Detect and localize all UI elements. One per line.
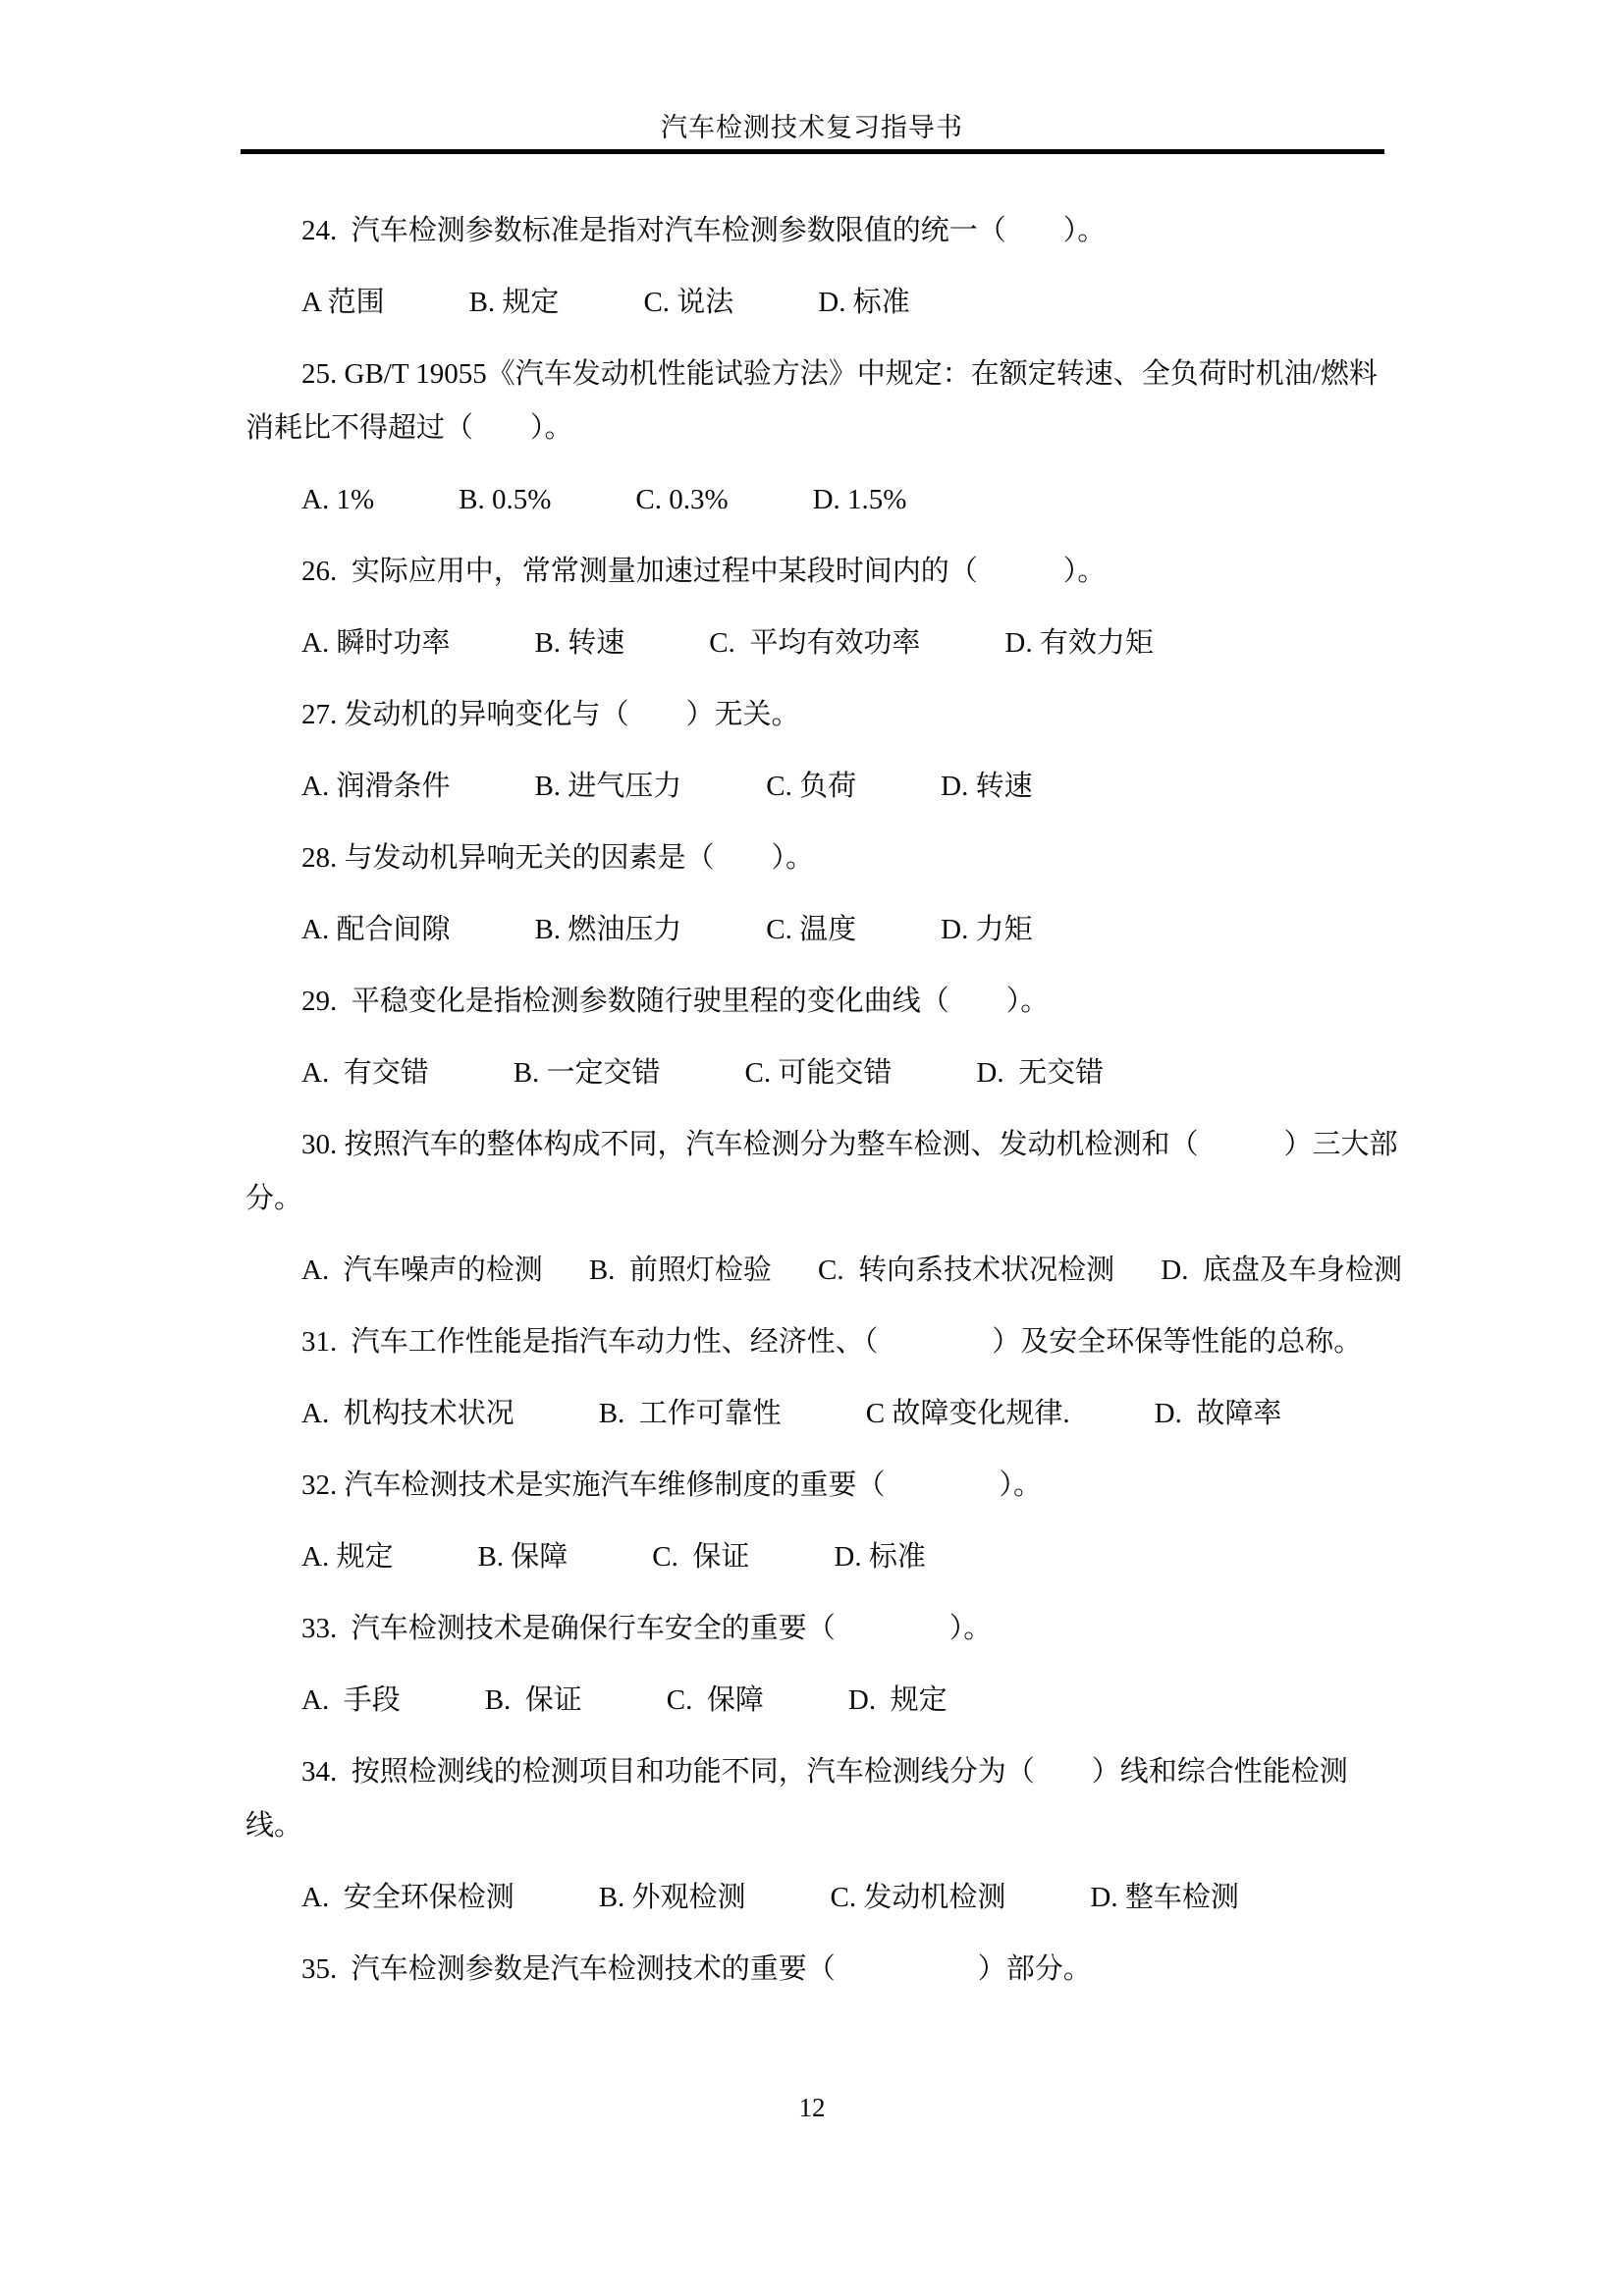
option: C. 发动机检测: [831, 1871, 1006, 1925]
page-header-title: 汽车检测技术复习指导书: [0, 112, 1624, 143]
option: D. 标准: [834, 1530, 925, 1584]
option: A. 瞬时功率: [301, 616, 450, 670]
option: C. 保障: [667, 1674, 764, 1728]
questions-list: 24. 汽车检测参数标准是指对汽车检测参数限值的统一（ ）。A 范围B. 规定C…: [245, 204, 1402, 2014]
page-number: 12: [0, 2092, 1624, 2123]
option: B. 规定: [469, 276, 560, 330]
option: C. 温度: [766, 903, 856, 957]
option: A. 润滑条件: [301, 760, 450, 814]
header-divider-line: [241, 149, 1384, 154]
document-page: 汽车检测技术复习指导书 24. 汽车检测参数标准是指对汽车检测参数限值的统一（ …: [0, 0, 1624, 2296]
options-row: A. 润滑条件B. 进气压力C. 负荷D. 转速: [245, 760, 1402, 814]
options-row: A. 机构技术状况B. 工作可靠性C 故障变化规律.D. 故障率: [245, 1387, 1402, 1441]
question-text: 34. 按照检测线的检测项目和功能不同，汽车检测线分为（ ）线和综合性能检测线。: [245, 1745, 1402, 1853]
question-text: 27. 发动机的异响变化与（ ）无关。: [245, 688, 1402, 742]
option: D. 1.5%: [813, 473, 907, 527]
option: D. 转速: [941, 760, 1032, 814]
question-text: 28. 与发动机异响无关的因素是（ ）。: [245, 831, 1402, 885]
option: C. 可能交错: [745, 1046, 893, 1100]
option: A. 有交错: [301, 1046, 429, 1100]
option: B. 保障: [477, 1530, 568, 1584]
option: C 故障变化规律.: [866, 1387, 1070, 1441]
question-text: 29. 平稳变化是指检测参数随行驶里程的变化曲线（ ）。: [245, 975, 1402, 1029]
option: C. 0.3%: [635, 473, 728, 527]
question-text: 32. 汽车检测技术是实施汽车维修制度的重要（ ）。: [245, 1459, 1402, 1513]
option: A. 手段: [301, 1674, 401, 1728]
option: A. 1%: [301, 473, 374, 527]
options-row: A 范围B. 规定C. 说法D. 标准: [245, 276, 1402, 330]
option: A. 机构技术状况: [301, 1387, 514, 1441]
option: B. 转速: [534, 616, 624, 670]
options-row: A. 有交错B. 一定交错C. 可能交错D. 无交错: [245, 1046, 1402, 1100]
option: C. 平均有效功率: [709, 616, 920, 670]
question-text: 33. 汽车检测技术是确保行车安全的重要（ ）。: [245, 1602, 1402, 1656]
options-row: A. 配合间隙B. 燃油压力C. 温度D. 力矩: [245, 903, 1402, 957]
option: B. 前照灯检验: [589, 1244, 772, 1298]
options-row: A. 手段B. 保证C. 保障D. 规定: [245, 1674, 1402, 1728]
question-text: 35. 汽车检测参数是汽车检测技术的重要（ ）部分。: [245, 1943, 1402, 1997]
question-text: 25. GB/T 19055《汽车发动机性能试验方法》中规定：在额定转速、全负荷…: [245, 347, 1402, 455]
option: C. 保证: [652, 1530, 749, 1584]
option: A. 安全环保检测: [301, 1871, 514, 1925]
option: B. 0.5%: [459, 473, 551, 527]
option: B. 保证: [485, 1674, 582, 1728]
option: D. 标准: [818, 276, 909, 330]
option: A. 汽车噪声的检测: [301, 1244, 543, 1298]
option: B. 燃油压力: [534, 903, 681, 957]
option: D. 无交错: [976, 1046, 1104, 1100]
options-row: A. 1%B. 0.5%C. 0.3%D. 1.5%: [245, 473, 1402, 527]
option: B. 工作可靠性: [599, 1387, 782, 1441]
options-row: A. 汽车噪声的检测B. 前照灯检验C. 转向系技术状况检测D. 底盘及车身检测: [245, 1244, 1402, 1298]
option: D. 底盘及车身检测: [1161, 1244, 1402, 1298]
question-text: 26. 实际应用中，常常测量加速过程中某段时间内的（ ）。: [245, 545, 1402, 599]
option: C. 转向系技术状况检测: [818, 1244, 1114, 1298]
option: A 范围: [301, 276, 385, 330]
option: B. 一定交错: [514, 1046, 661, 1100]
option: B. 进气压力: [534, 760, 681, 814]
option: A. 规定: [301, 1530, 393, 1584]
option: D. 规定: [848, 1674, 947, 1728]
option: D. 力矩: [941, 903, 1032, 957]
option: C. 说法: [643, 276, 733, 330]
options-row: A. 安全环保检测B. 外观检测C. 发动机检测D. 整车检测: [245, 1871, 1402, 1925]
option: A. 配合间隙: [301, 903, 450, 957]
options-row: A. 规定B. 保障C. 保证D. 标准: [245, 1530, 1402, 1584]
option: D. 故障率: [1155, 1387, 1282, 1441]
question-text: 24. 汽车检测参数标准是指对汽车检测参数限值的统一（ ）。: [245, 204, 1402, 258]
question-text: 30. 按照汽车的整体构成不同，汽车检测分为整车检测、发动机检测和（ ）三大部分…: [245, 1118, 1402, 1226]
option: D. 有效力矩: [1004, 616, 1153, 670]
option: D. 整车检测: [1090, 1871, 1238, 1925]
option: C. 负荷: [766, 760, 856, 814]
options-row: A. 瞬时功率B. 转速C. 平均有效功率D. 有效力矩: [245, 616, 1402, 670]
option: B. 外观检测: [599, 1871, 746, 1925]
question-text: 31. 汽车工作性能是指汽车动力性、经济性、（ ）及安全环保等性能的总称。: [245, 1315, 1402, 1369]
